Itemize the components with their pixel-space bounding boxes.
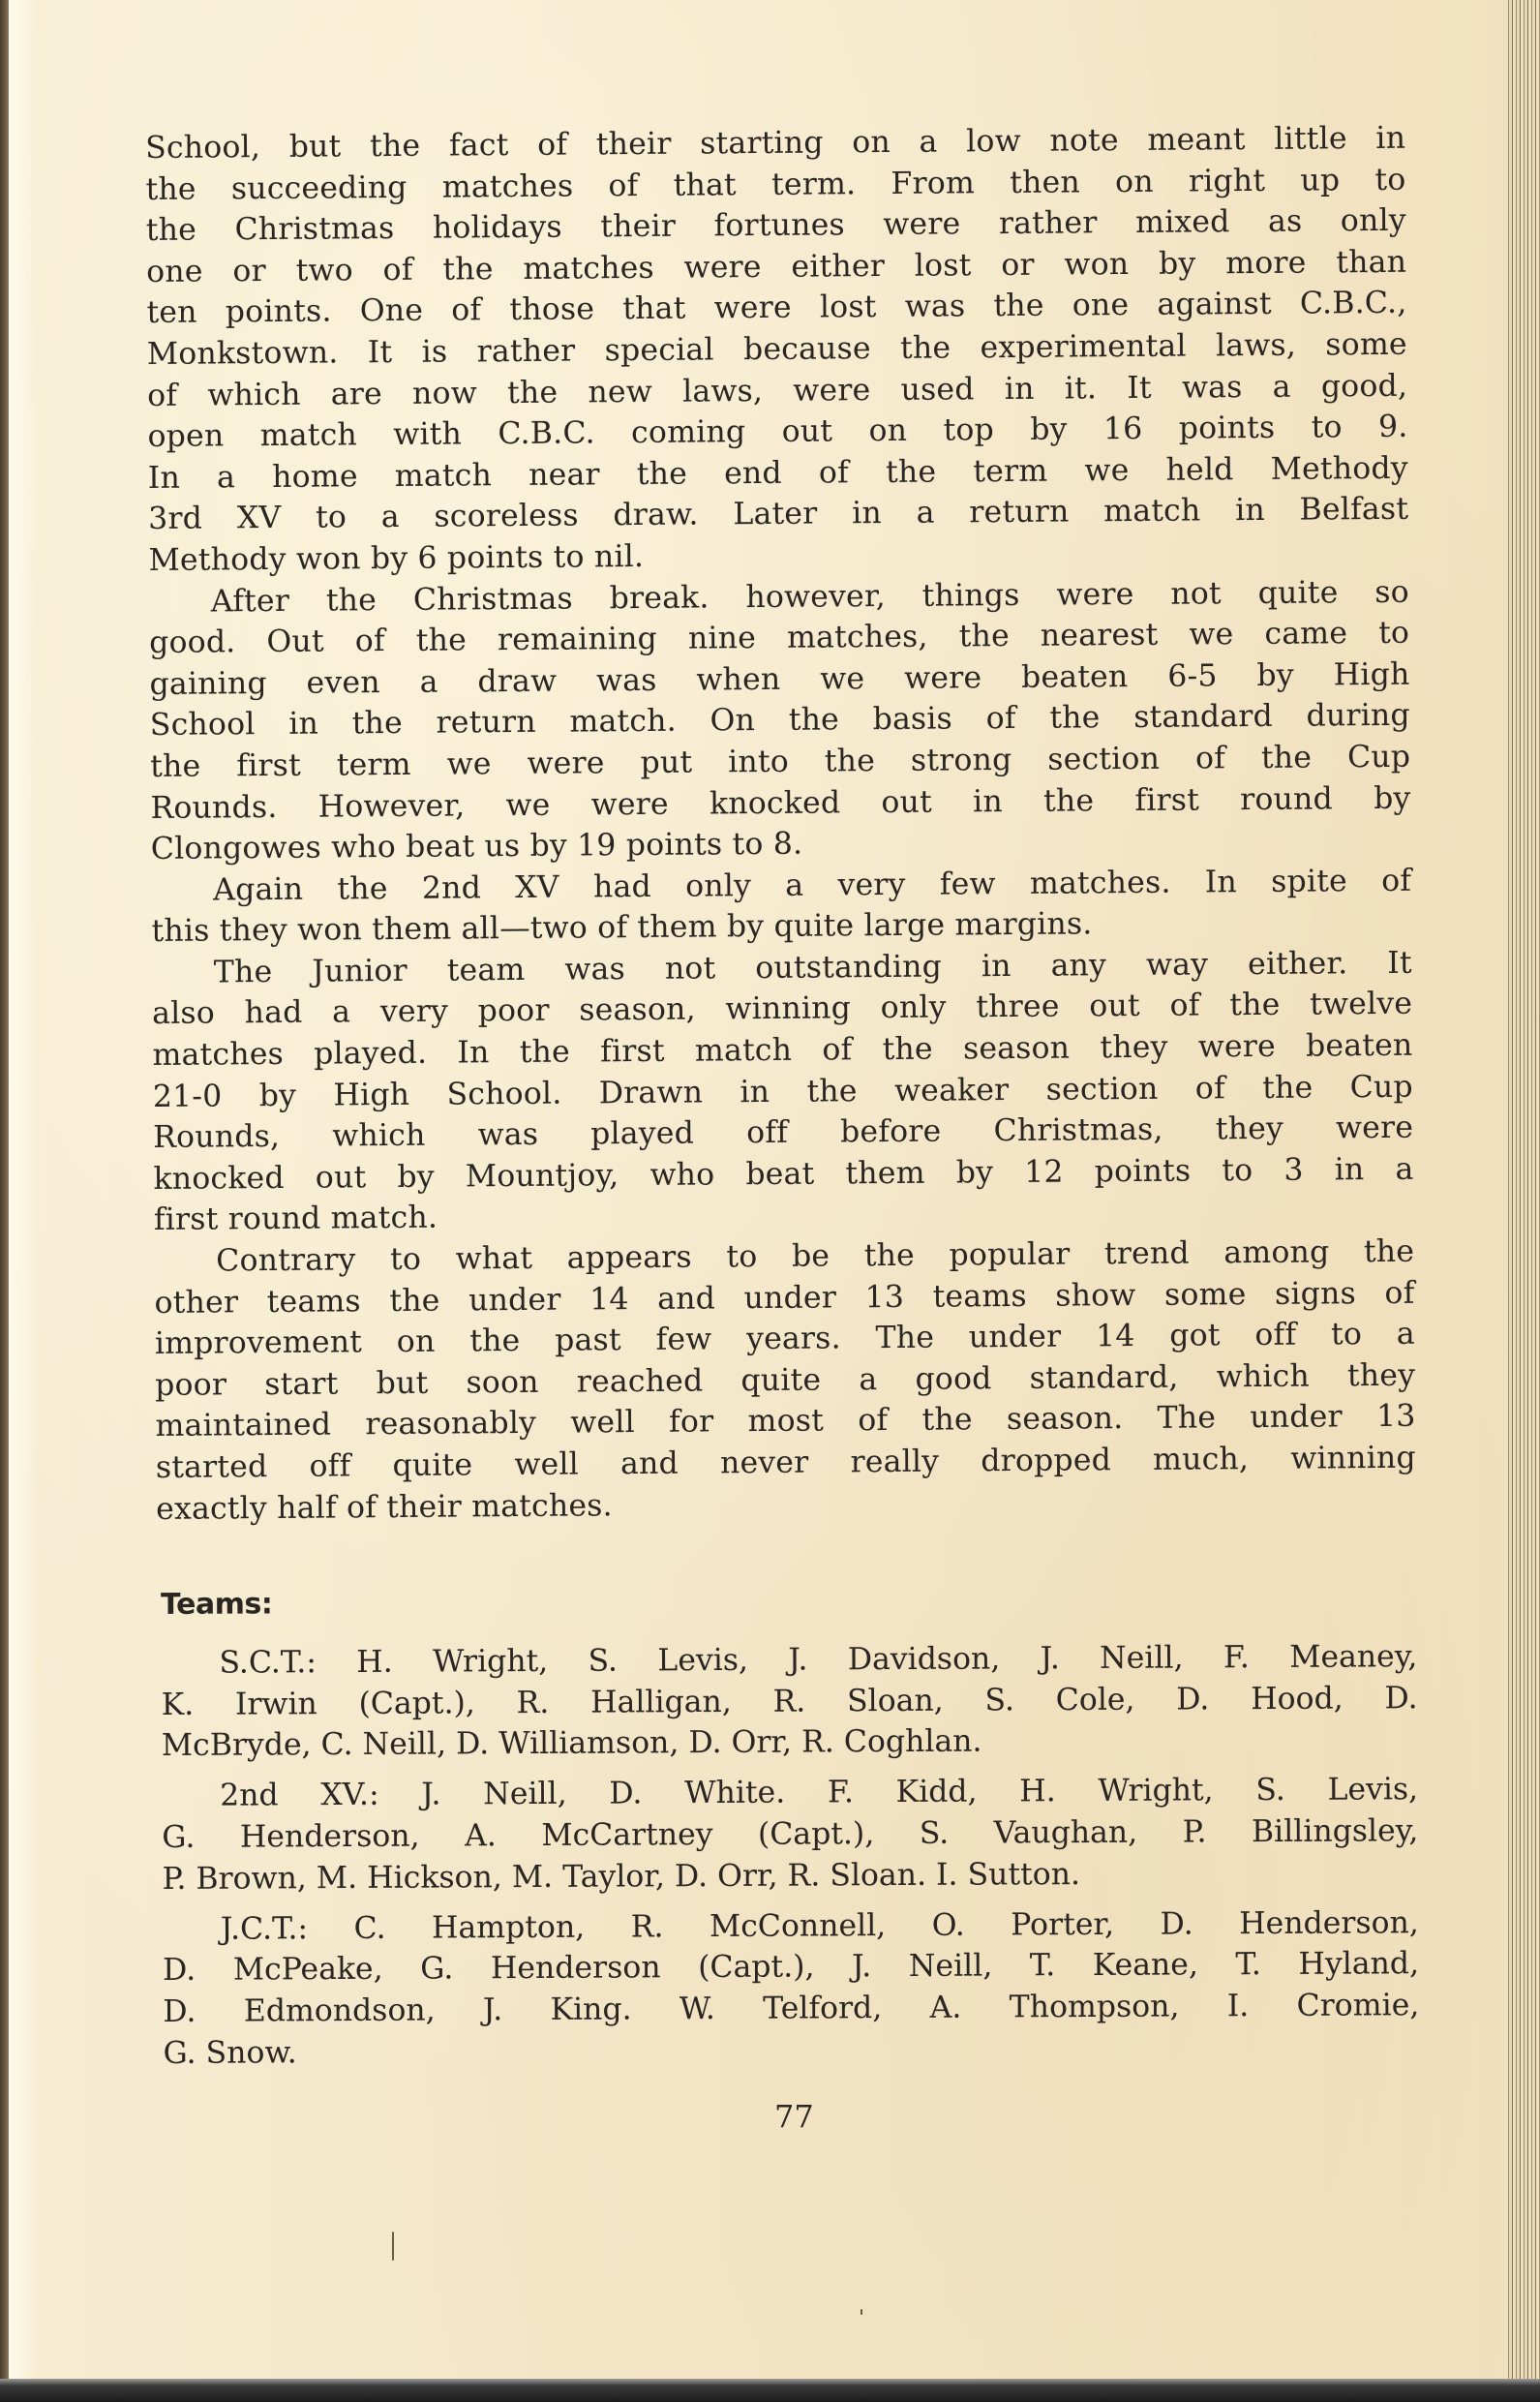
team-list-jct: J.C.T.: C. Hampton, R. McConnell, O. Por… — [163, 1902, 1420, 2075]
text-line: 2nd XV.: J. Neill, D. White. F. Kidd, H.… — [162, 1769, 1418, 1817]
team-list-sct: S.C.T.: H. Wright, S. Levis, J. Davidson… — [161, 1636, 1418, 1767]
text-line: S.C.T.: H. Wright, S. Levis, J. Davidson… — [161, 1636, 1417, 1685]
teams-heading: Teams: — [161, 1578, 1417, 1627]
body-text: School, but the fact of their starting o… — [145, 118, 1416, 1530]
paper-mark — [392, 2232, 394, 2261]
page-stack-edge — [1505, 0, 1540, 2379]
text-line: K. Irwin (Capt.), R. Halligan, R. Sloan,… — [162, 1678, 1418, 1726]
team-list-2nd-xv: 2nd XV.: J. Neill, D. White. F. Kidd, H.… — [162, 1769, 1419, 1900]
text-line: D. Edmondson, J. King. W. Telford, A. Th… — [163, 1985, 1419, 2033]
text-line: McBryde, C. Neill, D. Williamson, D. Orr… — [162, 1719, 1418, 1768]
paragraph-junior-team: The Junior team was not outstanding in a… — [152, 943, 1414, 1241]
paragraph-under-14-13: Contrary to what appears to be the popul… — [154, 1231, 1416, 1530]
paper-mark — [861, 2309, 862, 2315]
book-spine-edge — [0, 0, 9, 2402]
paragraph-1st-xv-first-term: School, but the fact of their starting o… — [145, 118, 1409, 582]
teams-section: Teams: S.C.T.: H. Wright, S. Levis, J. D… — [161, 1578, 1420, 2083]
paragraph-after-christmas: After the Christmas break. however, thin… — [149, 571, 1411, 869]
scanner-bottom-edge — [0, 2379, 1540, 2402]
gutter-highlight — [9, 0, 38, 2379]
text-line: G. Henderson, A. McCartney (Capt.), S. V… — [162, 1810, 1418, 1859]
text-line: P. Brown, M. Hickson, M. Taylor, D. Orr,… — [162, 1852, 1418, 1900]
text-line: G. Snow. — [163, 2026, 1419, 2075]
text-line: D. McPeake, G. Henderson (Capt.), J. Nei… — [163, 1944, 1419, 1992]
paragraph-2nd-xv: Again the 2nd XV had only a very few mat… — [151, 860, 1412, 952]
page-number: 77 — [774, 2098, 814, 2135]
text-line: J.C.T.: C. Hampton, R. McConnell, O. Por… — [163, 1902, 1419, 1951]
